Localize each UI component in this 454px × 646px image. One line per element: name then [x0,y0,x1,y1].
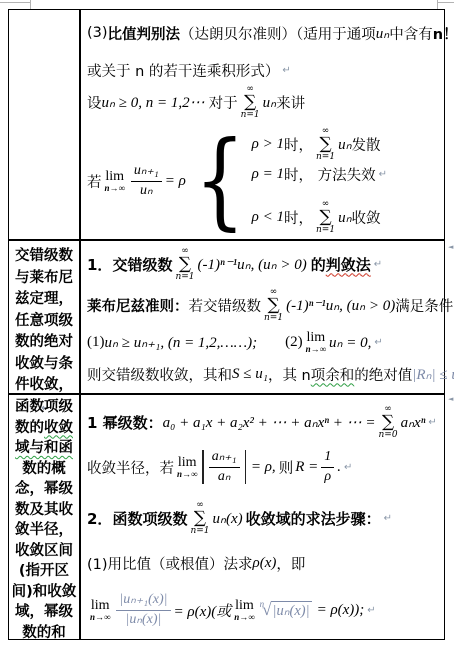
period: . [337,459,341,476]
ratio-test-title-line2[interactable]: 或关于 n 的若干连乘积形式）↵ [87,57,439,83]
alternating-series-formula: (-1)ⁿ⁻¹uₙ, (uₙ > 0) [286,296,395,315]
conclusion-text: 则交错级数收敛，其和 [87,364,232,385]
product-form-note: 或关于 n 的若干连乘积形式） [87,60,279,81]
u-n-variable: uₙ [263,93,276,112]
equals-rho: = ρ [165,173,186,190]
equals-rho-or: = ρ(x)(或 [174,600,232,621]
summation-symbol: ∞∑n=1 [316,200,335,235]
leibniz-criterion-term: 莱布尼兹准则： [87,295,189,316]
leibniz-conclusion-line[interactable]: 则交错级数收敛，其和 S ≤ u₁，其 n 项余和的绝对值 |Rₙ| ≤ uₙ₊… [87,360,439,388]
absolute-value-label: 的绝对值 [354,364,412,385]
paragraph-mark-icon: ↵ [282,65,290,76]
item-number: 1． [87,254,112,275]
alternating-series-term: 交错级数 [112,254,172,275]
column-divider [79,10,81,639]
speaking-label: 来讲 [276,92,305,113]
top-right-remnant-line [437,2,454,3]
summation-symbol: ∞∑n=0 [378,405,397,440]
step-1-line[interactable]: (1)用比值（或根值）法求 ρ(x)，即 [87,550,439,576]
suppose-label: 设 [87,92,102,113]
alternating-series-formula: (-1)ⁿ⁻¹uₙ, (uₙ > 0) [198,255,307,274]
topic-text: 数的概念，幂级数及其收敛半径，收敛区间(指开区间)和收敛域，幂级数的和 [12,461,77,641]
paragraph-mark-icon: ↵ [428,417,436,428]
paragraph-mark-icon: ↵ [374,337,382,348]
remainder-label: ，其 n [268,364,311,385]
topic-cell-alternating-series[interactable]: 交错级数与莱布尼兹定理，任意项级数的绝对收敛与条件收敛，↵ [11,246,77,419]
limit-operator: limn→∞ [105,170,125,193]
one-over-rho-fraction: 1ρ [321,449,334,484]
document-page: ◄ ◄ (3)比值判别法（达朗贝尔准则）（适用于通项uₙ中含有 n！ 或关于 n… [0,0,454,646]
radius-label: 收敛半径，若 [87,457,174,478]
summation-symbol: ∞∑n=1 [264,288,283,323]
summation-symbol: ∞∑n=1 [316,127,335,162]
satisfies-label: 满足条件： [395,295,454,316]
if-label: 若 [87,171,102,192]
step-1-text: (1)用比值（或根值）法求 [87,553,253,574]
power-series-definition-line[interactable]: 1 幂级数：a₀ + a₁x + a₂x² + ⋯ + aₙxⁿ + ⋯ =∞∑… [87,402,439,442]
ratio-root-formula-line[interactable]: limn→∞|uₙ₊₁(x)||uₙ(x)|= ρ(x)(或limn→∞n√|u… [87,584,439,636]
radius-of-convergence-line[interactable]: 收敛半径，若limn→∞aₙ₊₁aₙ= ρ,则R =1ρ.↵ [87,444,439,490]
case-divergent: ρ > 1时，∞∑n=1uₙ发散 [252,129,387,159]
nth-root: n√|uₙ(x)| [260,600,312,620]
topic-text: 交错级数与莱布尼兹定理，任意项级数的绝对收敛与条件收敛， [15,248,73,393]
item-number: (3) [87,25,108,41]
radius-variable: R = [295,459,318,476]
cases-list: ρ > 1时，∞∑n=1uₙ发散 ρ = 1时， 方法失效↵ ρ < 1时，∞∑… [252,129,387,233]
leibniz-conditions-line[interactable]: (1)uₙ ≥ uₙ₊₁, (n = 1,2,……);(2)limn→∞uₙ =… [87,328,439,356]
condition-formula: uₙ ≥ 0, n = 1,2⋯ [102,93,205,112]
condition-2-formula: uₙ = 0, [329,333,371,352]
alternating-series-heading[interactable]: 1．交错级数∞∑n=1(-1)ⁿ⁻¹uₙ, (uₙ > 0)的判敛法↵ [87,246,439,282]
function-series-term: 函数项级数 [112,508,187,529]
paragraph-mark-icon: ↵ [384,513,392,524]
ratio-fraction: uₙ₊₁uₙ [131,163,162,198]
ratio-test-alias: （达朗贝尔准则）（适用于通项 [180,23,376,44]
ratio-limit-cases[interactable]: 若 limn→∞ uₙ₊₁uₙ = ρ { ρ > 1时，∞∑n=1uₙ发散 ρ… [87,122,439,240]
ratio-test-term: 比值判别法 [108,23,181,44]
power-series-expansion: a₀ + a₁x + a₂x² + ⋯ + aₙxⁿ + ⋯ = [163,413,376,432]
row-end-mark: ◄ [448,395,453,403]
if-alternating-label: 若交错级数 [189,295,262,316]
item-number: 2． [87,508,112,529]
remainder-term: 项余和 [311,364,355,385]
summation-symbol: ∞∑n=1 [175,247,194,282]
top-left-remnant-line [0,2,30,3]
condition-1-number: (1) [87,334,105,351]
paragraph-mark-icon: ↵ [379,169,387,180]
equals-rho: = ρ, [251,459,276,476]
abs-bar [202,450,203,484]
topic-cell-power-series[interactable]: 函数项级数的收敛域与和函数的概念，幂级数及其收敛半径，收敛区间(指开区间)和收敛… [11,397,77,643]
coefficient-ratio-fraction: aₙ₊₁aₙ [209,449,240,484]
power-series-general-term: aₙxⁿ [401,413,426,432]
rho-of-x: ρ(x) [253,555,277,572]
summation-symbol: ∞∑n=1 [241,85,260,120]
notes-table: (3)比值判别法（达朗贝尔准则）（适用于通项uₙ中含有 n！ 或关于 n 的若干… [8,9,445,640]
paragraph-mark-icon: ↵ [374,259,382,270]
case-convergent: ρ < 1时，∞∑n=1uₙ收敛 [252,201,387,233]
leibniz-criterion-line[interactable]: 莱布尼兹准则：若交错级数∞∑n=1(-1)ⁿ⁻¹uₙ, (uₙ > 0)满足条件… [87,287,439,323]
limit-operator: limn→∞ [306,331,326,354]
condition-2-number: (2) [285,334,303,351]
setup-line[interactable]: 设uₙ ≥ 0, n = 1,2⋯对于∞∑n=1uₙ来讲 [87,84,439,120]
convergence-domain-steps-label: 收敛域的求法步骤： [246,508,381,529]
paragraph-mark-icon: ↵ [367,605,375,616]
top-left-remnant-tick [30,0,31,9]
u-n-variable: uₙ [376,24,389,43]
function-ratio-fraction: |uₙ₊₁(x)||uₙ(x)| [116,592,170,627]
ratio-test-title-line[interactable]: (3)比值判别法（达朗贝尔准则）（适用于通项uₙ中含有 n！ [87,20,439,46]
row-end-mark: ◄ [448,243,453,251]
function-series-heading[interactable]: 2．函数项级数∞∑n=1uₙ(x)收敛域的求法步骤：↵ [87,494,439,542]
ratio-test-note: 中含有 [389,23,433,44]
summation-symbol: ∞∑n=1 [190,501,209,536]
limit-operator: limn→∞ [234,599,254,622]
power-series-term: 1 幂级数： [87,412,163,433]
that-is-label: ，即 [276,553,305,574]
for-label: 对于 [209,92,238,113]
function-series-term-formula: uₙ(x) [213,509,243,528]
limit-operator: limn→∞ [177,456,197,479]
n-factorial: n！ [433,23,454,44]
equals-rho-close: = ρ(x)); [317,602,365,619]
paragraph-mark-icon: ↵ [344,462,352,473]
condition-1-formula: uₙ ≥ uₙ₊₁, (n = 1,2,……); [105,333,258,352]
sum-bound-formula: S ≤ u₁ [232,366,268,383]
abs-bar [245,450,246,484]
of-label: 的 [311,254,326,275]
remainder-bound-formula: |Rₙ| ≤ uₙ₊₁. [412,365,454,384]
convergence-test-term: 判敛法 [326,254,371,275]
cases-brace: { [194,131,245,231]
case-inconclusive: ρ = 1时， 方法失效↵ [252,159,387,189]
then-label: 则 [279,457,294,478]
limit-operator: limn→∞ [90,599,110,622]
